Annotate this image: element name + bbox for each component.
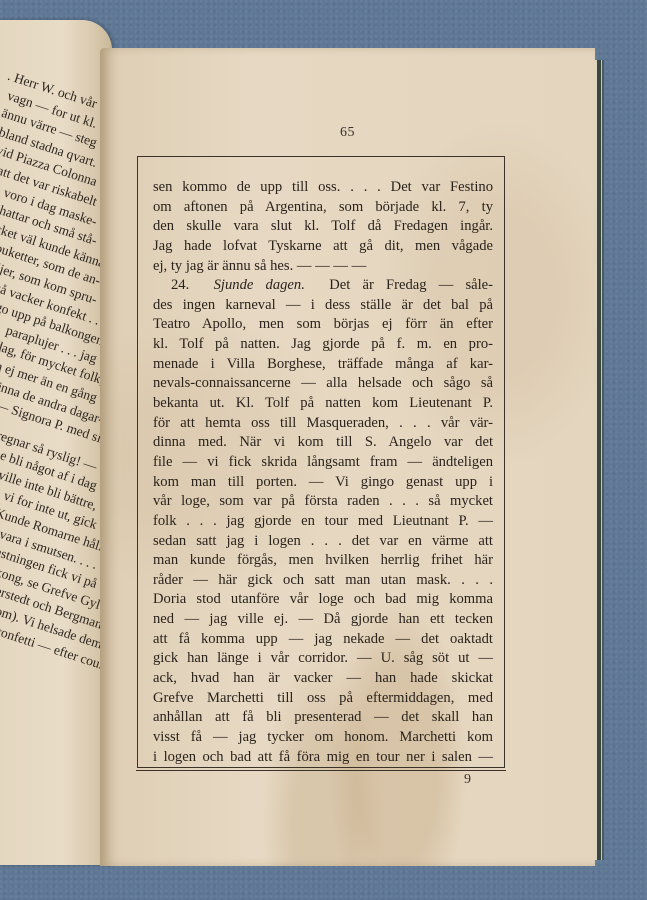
text-line: visst få — jag tycker om honom. Marchett… (153, 728, 493, 748)
text-line: man kunde förgås, men hvilken herrlig fr… (153, 551, 493, 571)
text-line: för att hemta oss till Masqueraden, . . … (153, 414, 493, 434)
right-page: 65 sen kommo de upp till oss. . . . Det … (100, 48, 595, 866)
text-line: Teatro Apollo, men som börjas ej förr än… (153, 315, 493, 335)
text-line: sen kommo de upp till oss. . . . Det var… (153, 178, 493, 198)
text-line: Doria stod utanföre vår loge och bad mig… (153, 590, 493, 610)
text-line: des ingen karneval — i dess ställe är de… (153, 296, 493, 316)
text-line: i logen och bad att få föra mig en tour … (153, 748, 493, 768)
text-line: kl. Tolf på natten. Jag gjorde på f. m. … (153, 335, 493, 355)
text-line: om aftonen på Argentina, som började kl.… (153, 198, 493, 218)
entry-text: Det är Fredag — såle- (329, 277, 493, 293)
entry-title: Sjunde dagen. (214, 277, 305, 293)
text-line: anhållan att få bli presenterad — det sk… (153, 708, 493, 728)
text-line: Grefve Marchetti till oss på eftermiddag… (153, 689, 493, 709)
text-line: att få komma upp — jag nekade — det oakt… (153, 630, 493, 650)
left-page-text: . Herr W. och vår vagn — for ut kl. ännu… (0, 98, 108, 676)
text-line: vår loge, som var på första raden . . . … (153, 492, 493, 512)
text-line: ned — jag ville ej. — Då gjorde han ett … (153, 610, 493, 630)
text-line: folk . . . jag gjorde en tour med Lieutn… (153, 512, 493, 532)
text-line: file — vi fick skrida långsamt fram — än… (153, 453, 493, 473)
text-line: råder — här gick och satt man utan mask.… (153, 571, 493, 591)
text-line: menade i Villa Borghese, träffade många … (153, 355, 493, 375)
text-line: kom man till porten. — Vi gingo genast u… (153, 473, 493, 493)
left-page: . Herr W. och vår vagn — for ut kl. ännu… (0, 20, 112, 865)
page-number: 65 (100, 125, 595, 141)
entry-number: 24. (171, 277, 189, 293)
text-line: ej, ty jag är ännu så hes. — — — — (153, 257, 493, 277)
text-line: sedan satt jag i logen . . . det var en … (153, 532, 493, 552)
text-line: dinna med. När vi kom till S. Angelo var… (153, 433, 493, 453)
text-line: gick han länge i vår corridor. — U. såg … (153, 649, 493, 669)
text-line: Jag hade lofvat Tyskarne att gå dit, men… (153, 237, 493, 257)
body-text: sen kommo de upp till oss. . . . Det var… (153, 178, 493, 767)
text-line: nevals-connaissancerne — alla helsade oc… (153, 374, 493, 394)
text-line: den skulle vara slut kl. Tolf då Fredage… (153, 217, 493, 237)
signature-mark: 9 (464, 772, 471, 788)
text-line: bekanta ut. Kl. Tolf på natten kom Lieut… (153, 394, 493, 414)
text-frame: sen kommo de upp till oss. . . . Det var… (137, 156, 505, 768)
text-line: ack, hvad han är vacker — han hade skick… (153, 669, 493, 689)
entry-heading: 24. Sjunde dagen. Det är Fredag — såle- (153, 276, 493, 296)
